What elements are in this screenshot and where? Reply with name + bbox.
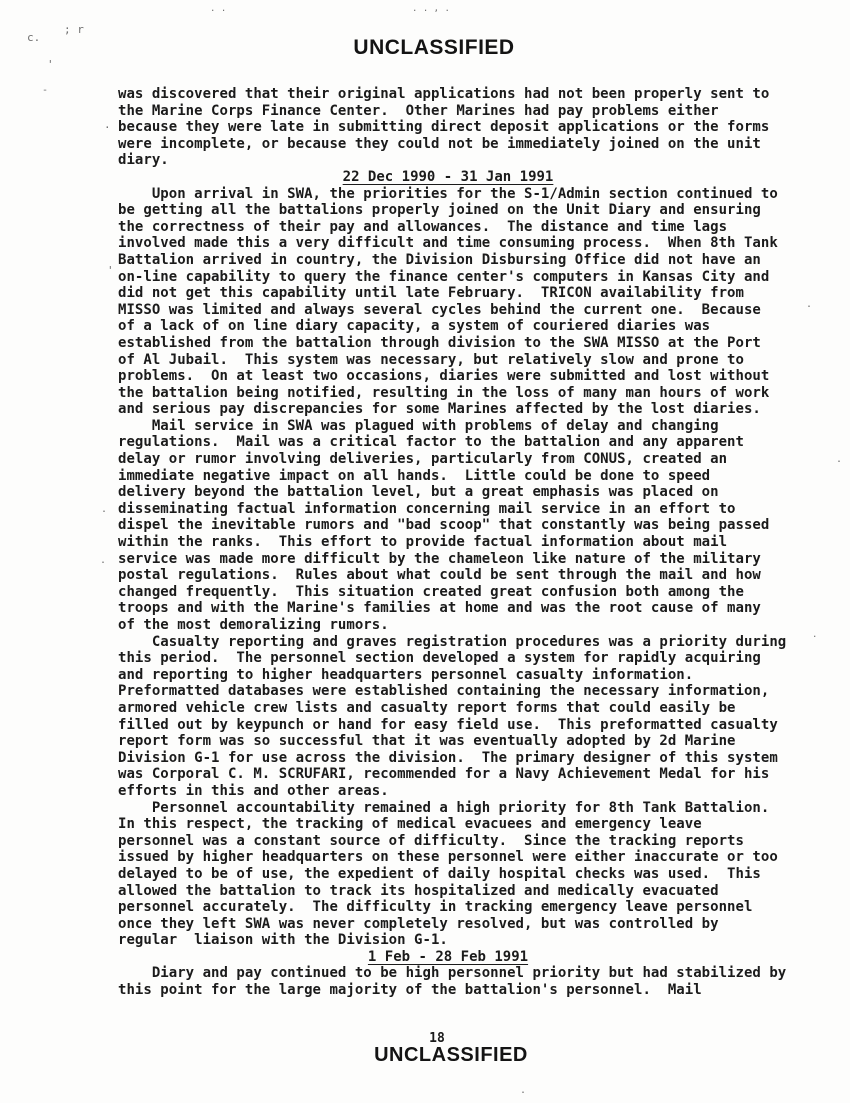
scan-artifact: c.	[27, 33, 40, 43]
text-line: of Al Jubail. This system was necessary,…	[118, 352, 798, 369]
text-line: Diary and pay continued to be high perso…	[118, 965, 798, 982]
text-line: problems. On at least two occasions, dia…	[118, 368, 798, 385]
text-line: delayed to be of use, the expedient of d…	[118, 866, 798, 883]
text-line: Personnel accountability remained a high…	[118, 800, 798, 817]
text-line: allowed the battalion to track its hospi…	[118, 883, 798, 900]
text-line: issued by higher headquarters on these p…	[118, 849, 798, 866]
text-line: were incomplete, or because they could n…	[118, 136, 798, 153]
text-line: Mail service in SWA was plagued with pro…	[118, 418, 798, 435]
text-line: within the ranks. This effort to provide…	[118, 534, 798, 551]
text-line: the Marine Corps Finance Center. Other M…	[118, 103, 798, 120]
text-line: dispel the inevitable rumors and "bad sc…	[118, 517, 798, 534]
section-heading-text: 22 Dec 1990 - 31 Jan 1991	[343, 169, 554, 185]
text-line: changed frequently. This situation creat…	[118, 584, 798, 601]
text-line: disseminating factual information concer…	[118, 501, 798, 518]
text-line: filled out by keypunch or hand for easy …	[118, 717, 798, 734]
text-line: report form was so successful that it wa…	[118, 733, 798, 750]
scan-artifact: .	[836, 455, 842, 465]
text-line: troops and with the Marine's families at…	[118, 600, 798, 617]
text-line: established from the battalion through d…	[118, 335, 798, 352]
text-line: and reporting to higher headquarters per…	[118, 667, 798, 684]
document-page: UNCLASSIFIED was discovered that their o…	[0, 0, 850, 1103]
scan-artifact: ; r	[64, 25, 84, 35]
text-line: of the most demoralizing rumors.	[118, 617, 798, 634]
text-line: once they left SWA was never completely …	[118, 916, 798, 933]
text-line: did not get this capability until late F…	[118, 285, 798, 302]
text-line: Casualty reporting and graves registrati…	[118, 634, 798, 651]
section-heading-date-range: 1 Feb - 28 Feb 1991	[118, 949, 778, 966]
classification-footer: UNCLASSIFIED	[26, 1044, 850, 1067]
text-line: regular liaison with the Division G-1.	[118, 932, 798, 949]
text-line: In this respect, the tracking of medical…	[118, 816, 798, 833]
scan-artifact: . . , .	[412, 4, 450, 14]
text-line: delivery beyond the battalion level, but…	[118, 484, 798, 501]
text-line: diary.	[118, 152, 798, 169]
text-line: personnel accurately. The difficulty in …	[118, 899, 798, 916]
scan-artifact: .	[104, 120, 111, 130]
text-line: efforts in this and other areas.	[118, 783, 798, 800]
text-line: because they were late in submitting dir…	[118, 119, 798, 136]
scan-artifact: .	[812, 630, 817, 640]
text-line: this period. The personnel section devel…	[118, 650, 798, 667]
document-body: was discovered that their original appli…	[118, 86, 798, 999]
text-line: was Corporal C. M. SCRUFARI, recommended…	[118, 766, 798, 783]
text-line: the battalion being notified, resulting …	[118, 385, 798, 402]
section-heading-date-range: 22 Dec 1990 - 31 Jan 1991	[118, 169, 778, 186]
text-line: armored vehicle crew lists and casualty …	[118, 700, 798, 717]
text-line: involved made this a very difficult and …	[118, 235, 798, 252]
scan-artifact: .	[100, 556, 106, 566]
text-line: Battalion arrived in country, the Divisi…	[118, 252, 798, 269]
scan-artifact: .	[101, 505, 107, 515]
text-line: be getting all the battalions properly j…	[118, 202, 798, 219]
text-line: personnel was a constant source of diffi…	[118, 833, 798, 850]
text-line: Division G-1 for use across the division…	[118, 750, 798, 767]
scan-artifact: .	[520, 1086, 526, 1096]
scan-artifact: . .	[210, 4, 226, 14]
text-line: the correctness of their pay and allowan…	[118, 219, 798, 236]
text-line: and serious pay discrepancies for some M…	[118, 401, 798, 418]
text-line: Preformatted databases were established …	[118, 683, 798, 700]
text-line: was discovered that their original appli…	[118, 86, 798, 103]
text-line: delay or rumor involving deliveries, par…	[118, 451, 798, 468]
text-line: postal regulations. Rules about what cou…	[118, 567, 798, 584]
text-line: MISSO was limited and always several cyc…	[118, 302, 798, 319]
text-line: of a lack of on line diary capacity, a s…	[118, 318, 798, 335]
scan-artifact: '	[47, 60, 54, 70]
classification-header: UNCLASSIFIED	[9, 36, 850, 60]
section-heading-text: 1 Feb - 28 Feb 1991	[368, 949, 528, 965]
text-line: service was made more difficult by the c…	[118, 551, 798, 568]
text-line: regulations. Mail was a critical factor …	[118, 434, 798, 451]
scan-artifact: .	[806, 300, 812, 310]
text-line: Upon arrival in SWA, the priorities for …	[118, 186, 798, 203]
scan-artifact: '	[107, 266, 114, 276]
text-line: on-line capability to query the finance …	[118, 269, 798, 286]
scan-artifact: -	[42, 86, 48, 96]
text-line: this point for the large majority of the…	[118, 982, 798, 999]
text-line: immediate negative impact on all hands. …	[118, 468, 798, 485]
